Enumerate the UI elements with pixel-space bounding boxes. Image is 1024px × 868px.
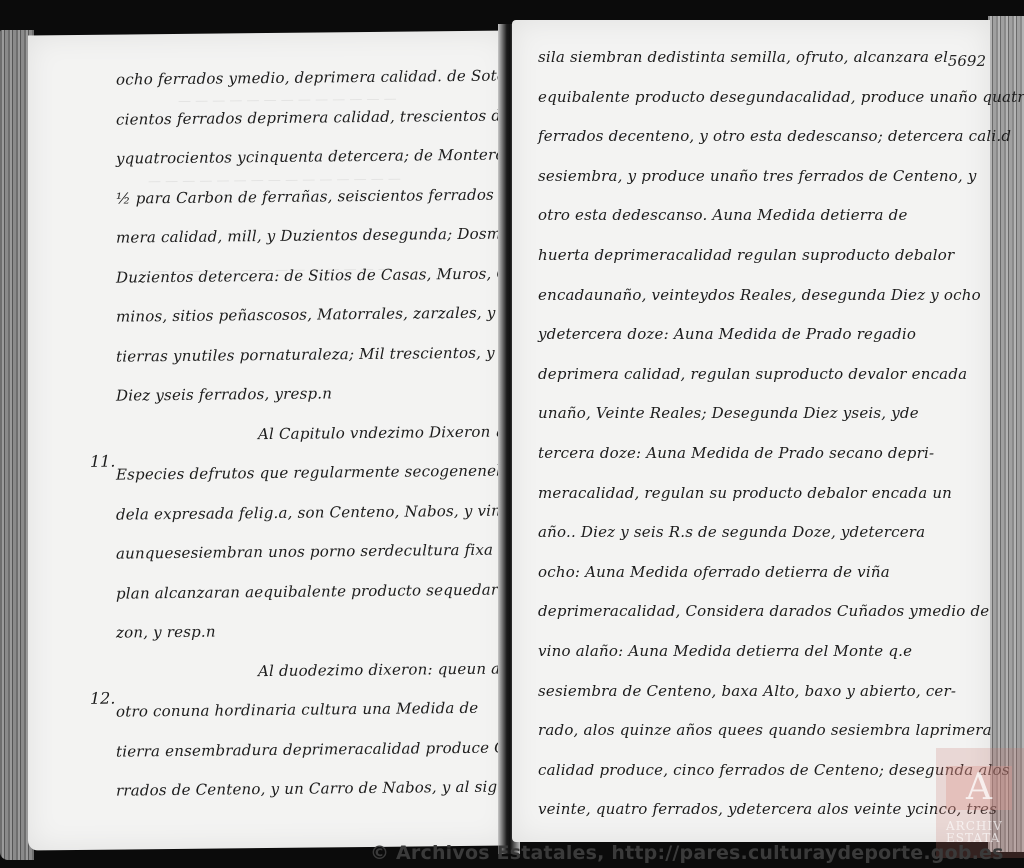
manuscript-line: aunquesesiembran unos porno serdecultura… [116,540,559,563]
manuscript-line: yquatrocientos ycinquenta detercera; de … [116,145,513,167]
manuscript-line: año.. Diez y seis R.s de segunda Doze, y… [538,523,925,541]
left-page-text: ocho ferrados ymedio, deprimera calidad.… [28,30,510,35]
manuscript-line: unaño, Veinte Reales; Desegunda Diez yse… [538,404,919,422]
manuscript-line: deprimera calidad, regulan suproducto de… [538,365,967,383]
manuscript-line: sesiembra de Centeno, baxa Alto, baxo y … [538,682,956,700]
manuscript-line: equibalente producto desegundacalidad, p… [538,88,1024,106]
manuscript-line: ocho ferrados ymedio, deprimera calidad.… [116,66,548,89]
paragraph-number: 12. [90,688,115,707]
paragraph-number: 11. [90,451,115,470]
manuscript-line: Diez yseis ferrados, yresp.n [116,384,332,404]
manuscript-line: ocho: Auna Medida oferrado detierra de v… [538,563,890,581]
manuscript-line: vino alaño: Auna Medida detierra del Mon… [538,642,912,660]
manuscript-line: ydetercera doze: Auna Medida de Prado re… [538,325,916,343]
manuscript-line: otro esta dedescanso. Auna Medida detier… [538,206,908,224]
left-page: — — — — — — — — — — — — — — — — — — — — … [28,30,510,850]
manuscript-line: otro conuna hordinaria cultura una Medid… [116,699,478,721]
manuscript-line: zon, y resp.n [116,623,216,642]
manuscript-line: rrados de Centeno, y un Carro de Nabos, … [116,777,546,800]
manuscript-line: veinte, quatro ferrados, ydetercera alos… [538,800,997,818]
manuscript-line: tierra ensembradura deprimeracalidad pro… [116,737,564,760]
manuscript-line: encadaunaño, veinteydos Reales, desegund… [538,286,981,304]
right-page: sila siembran dedistinta semilla, ofruto… [512,20,990,842]
manuscript-viewer: — — — — — — — — — — — — — — — — — — — — … [0,0,1024,868]
manuscript-line: meracalidad, regulan su producto debalor… [538,484,952,502]
manuscript-line: huerta deprimeracalidad regulan suproduc… [538,246,954,264]
manuscript-line: deprimeracalidad, Considera darados Cuña… [538,602,989,620]
manuscript-line: sila siembran dedistinta semilla, ofruto… [538,48,948,66]
manuscript-line: mera calidad, mill, y Duzientos desegund… [116,224,530,246]
manuscript-line: Duzientos detercera: de Sitios de Casas,… [116,264,523,286]
manuscript-line: tercera doze: Auna Medida de Prado secan… [538,444,934,462]
bleed-through-text: — — — — — — — — — — — — — [178,92,397,109]
copyright-watermark: © Archivos Estatales, http://pares.cultu… [370,842,1004,864]
archive-logo-mark: A [946,766,1012,810]
manuscript-line: tierras ynutiles pornaturaleza; Mil tres… [116,343,495,365]
manuscript-line: rado, alos quinze años quees quando sesi… [538,721,992,739]
folio-number: 5692 [948,52,986,70]
manuscript-line: minos, sitios peñascosos, Matorrales, za… [116,304,496,326]
archive-logo-text: ARCHIV ESTATA [946,820,1024,844]
manuscript-line: ferrados decenteno, y otro esta dedescan… [538,127,1011,145]
manuscript-line: dela expresada felig.a, son Centeno, Nab… [116,500,561,523]
manuscript-line: plan alcanzaran aequibalente producto se… [116,580,544,602]
manuscript-line: sesiembra, y produce unaño tres ferrados… [538,167,977,185]
manuscript-line: ½ para Carbon de ferrañas, seiscientos f… [116,185,550,208]
